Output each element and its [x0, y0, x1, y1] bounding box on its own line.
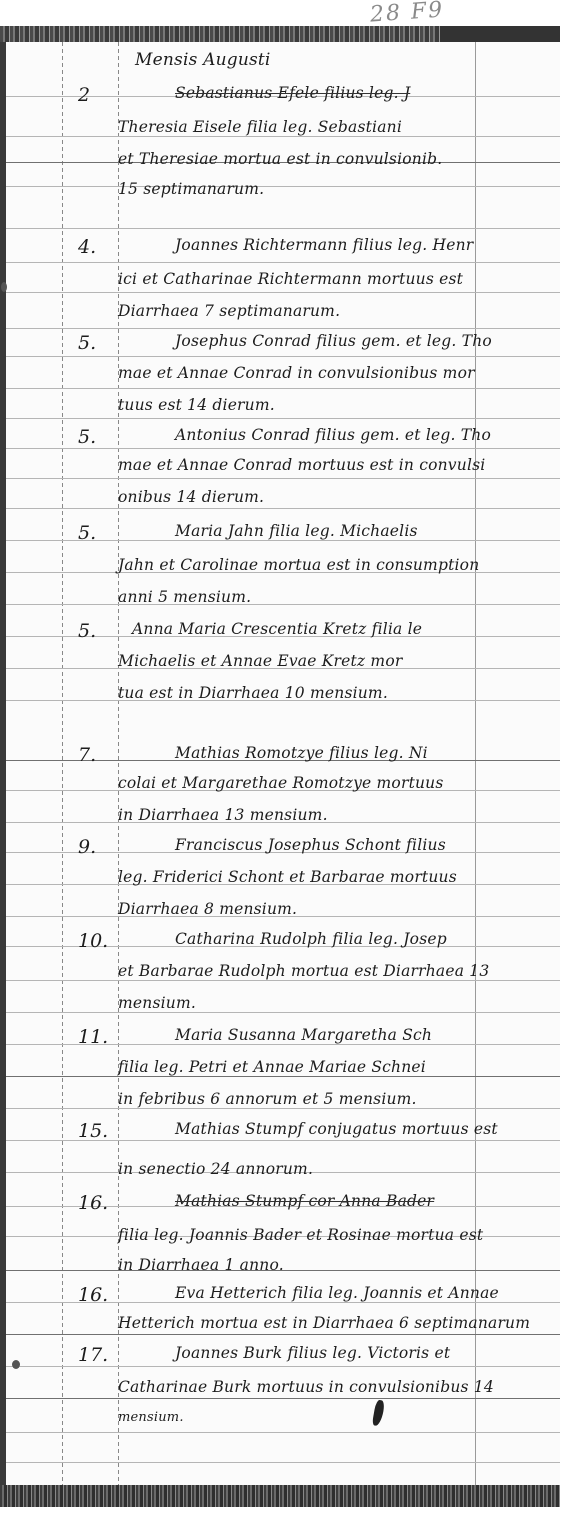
entry-line: Mathias Romotzye filius leg. Ni [175, 744, 428, 762]
entry-line: Diarrhaea 8 mensium. [118, 900, 297, 918]
entry-line: Antonius Conrad filius gem. et leg. Tho [175, 426, 491, 444]
entry-day: 5. [78, 620, 96, 642]
entry-line: colai et Margarethae Romotzye mortuus [118, 774, 444, 792]
entry-line: Franciscus Josephus Schont filius [175, 836, 446, 854]
entry-line: Catharinae Burk mortuus in convulsionibu… [118, 1378, 494, 1396]
entry-day: 17. [78, 1344, 108, 1366]
entry-line: mae et Annae Conrad mortuus est in convu… [118, 456, 485, 474]
scan-top-edge [0, 26, 560, 42]
entry-day: 5. [78, 426, 96, 448]
entry-line: Diarrhaea 7 septimanarum. [118, 302, 340, 320]
entry-line: et Theresiae mortua est in convulsionib. [118, 150, 442, 168]
entry-line: in febribus 6 annorum et 5 mensium. [118, 1090, 417, 1108]
entry-line: Maria Jahn filia leg. Michaelis [175, 522, 418, 540]
entry-line: Mathias Stumpf conjugatus mortuus est [175, 1120, 498, 1138]
entry-day: 11. [78, 1026, 108, 1048]
entry-line: in Diarrhaea 13 mensium. [118, 806, 328, 824]
entry-day: 4. [78, 236, 96, 258]
entry-line: tuus est 14 dierum. [118, 396, 275, 414]
entry-line: Michaelis et Annae Evae Kretz mor [118, 652, 402, 670]
month-heading: Mensis Augusti [135, 50, 271, 70]
entry-line: mensium. [118, 1410, 184, 1425]
entry-line: Sebastianus Efele filius leg. J [175, 84, 410, 102]
entry-line: leg. Friderici Schont et Barbarae mortuu… [118, 868, 457, 886]
scan-bottom-edge [0, 1485, 560, 1507]
entry-line: Maria Susanna Margaretha Sch [175, 1026, 432, 1044]
entry-line: mae et Annae Conrad in convulsionibus mo… [118, 364, 475, 382]
entry-line: Eva Hetterich filia leg. Joannis et Anna… [175, 1284, 499, 1302]
entry-line: Jahn et Carolinae mortua est in consumpt… [118, 556, 479, 574]
entry-day: 2 [78, 84, 90, 106]
entry-line: Theresia Eisele filia leg. Sebastiani [118, 118, 402, 136]
entry-line: et Barbarae Rudolph mortua est Diarrhaea… [118, 962, 489, 980]
entry-line: Josephus Conrad filius gem. et leg. Tho [175, 332, 492, 350]
entry-day: 10. [78, 930, 108, 952]
entry-line: in senectio 24 annorum. [118, 1160, 313, 1178]
entry-day: 5. [78, 522, 96, 544]
page-number-annotation: 28 F9 [369, 0, 445, 28]
entry-day: 9. [78, 836, 96, 858]
entry-line: Catharina Rudolph filia leg. Josep [175, 930, 447, 948]
scan-speck [12, 1360, 20, 1369]
entry-day: 15. [78, 1120, 108, 1142]
entry-line: Joannes Burk filius leg. Victoris et [175, 1344, 450, 1362]
entry-day: 5. [78, 332, 96, 354]
entry-day: 16. [78, 1192, 108, 1214]
entry-day: 16. [78, 1284, 108, 1306]
entry-line: filia leg. Petri et Annae Mariae Schnei [118, 1058, 426, 1076]
entry-line: Anna Maria Crescentia Kretz filia le [132, 620, 422, 638]
entry-day: 7. [78, 744, 96, 766]
entry-line: tua est in Diarrhaea 10 mensium. [118, 684, 388, 702]
entry-line: Mathias Stumpf cor Anna Bader [175, 1192, 434, 1210]
entry-line: in Diarrhaea 1 anno. [118, 1256, 284, 1274]
entry-line: Joannes Richtermann filius leg. Henr [175, 236, 473, 254]
column-rule-1 [62, 42, 63, 1485]
entry-line: Hetterich mortua est in Diarrhaea 6 sept… [118, 1314, 530, 1332]
entry-line: filia leg. Joannis Bader et Rosinae mort… [118, 1226, 483, 1244]
entry-line: ici et Catharinae Richtermann mortuus es… [118, 270, 463, 288]
entry-line: anni 5 mensium. [118, 588, 251, 606]
entry-line: 15 septimanarum. [118, 180, 264, 198]
entry-line: mensium. [118, 994, 196, 1012]
scan-speck [1, 282, 7, 292]
entry-line: onibus 14 dierum. [118, 488, 264, 506]
column-rule-3 [475, 42, 476, 1485]
